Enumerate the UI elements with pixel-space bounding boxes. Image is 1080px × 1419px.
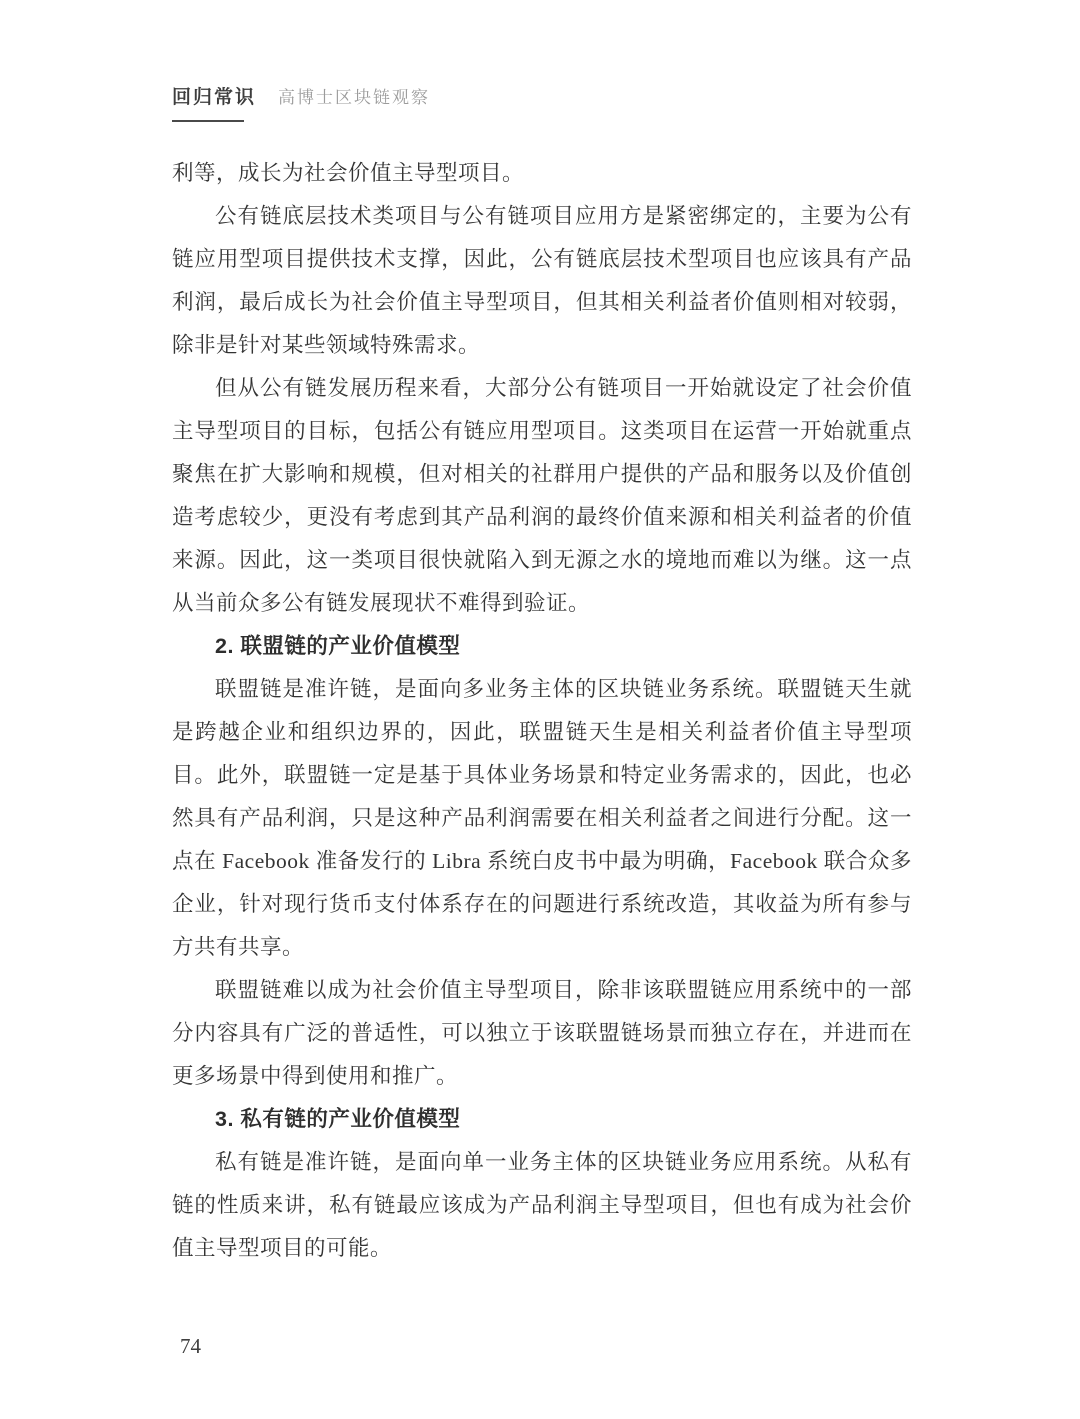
- header-underline: [172, 120, 244, 122]
- header-row: 回归常识 高博士区块链观察: [172, 82, 912, 109]
- paragraph: 私有链是准许链，是面向单一业务主体的区块链业务应用系统。从私有链的性质来讲，私有…: [172, 1141, 912, 1270]
- header-title: 回归常识: [172, 82, 256, 109]
- page-number: 74: [180, 1334, 201, 1359]
- page-header: 回归常识 高博士区块链观察: [172, 82, 912, 122]
- paragraph: 利等，成长为社会价值主导型项目。: [172, 152, 912, 195]
- paragraph: 公有链底层技术类项目与公有链项目应用方是紧密绑定的，主要为公有链应用型项目提供技…: [172, 195, 912, 367]
- header-subtitle: 高博士区块链观察: [278, 83, 430, 108]
- page-body: 利等，成长为社会价值主导型项目。公有链底层技术类项目与公有链项目应用方是紧密绑定…: [172, 152, 912, 1270]
- paragraph: 联盟链是准许链，是面向多业务主体的区块链业务系统。联盟链天生就是跨越企业和组织边…: [172, 668, 912, 969]
- paragraph: 但从公有链发展历程来看，大部分公有链项目一开始就设定了社会价值主导型项目的目标，…: [172, 367, 912, 625]
- document-page: 回归常识 高博士区块链观察 利等，成长为社会价值主导型项目。公有链底层技术类项目…: [0, 0, 1080, 1419]
- paragraph: 联盟链难以成为社会价值主导型项目，除非该联盟链应用系统中的一部分内容具有广泛的普…: [172, 969, 912, 1098]
- section-heading: 2. 联盟链的产业价值模型: [172, 625, 912, 668]
- section-heading: 3. 私有链的产业价值模型: [172, 1098, 912, 1141]
